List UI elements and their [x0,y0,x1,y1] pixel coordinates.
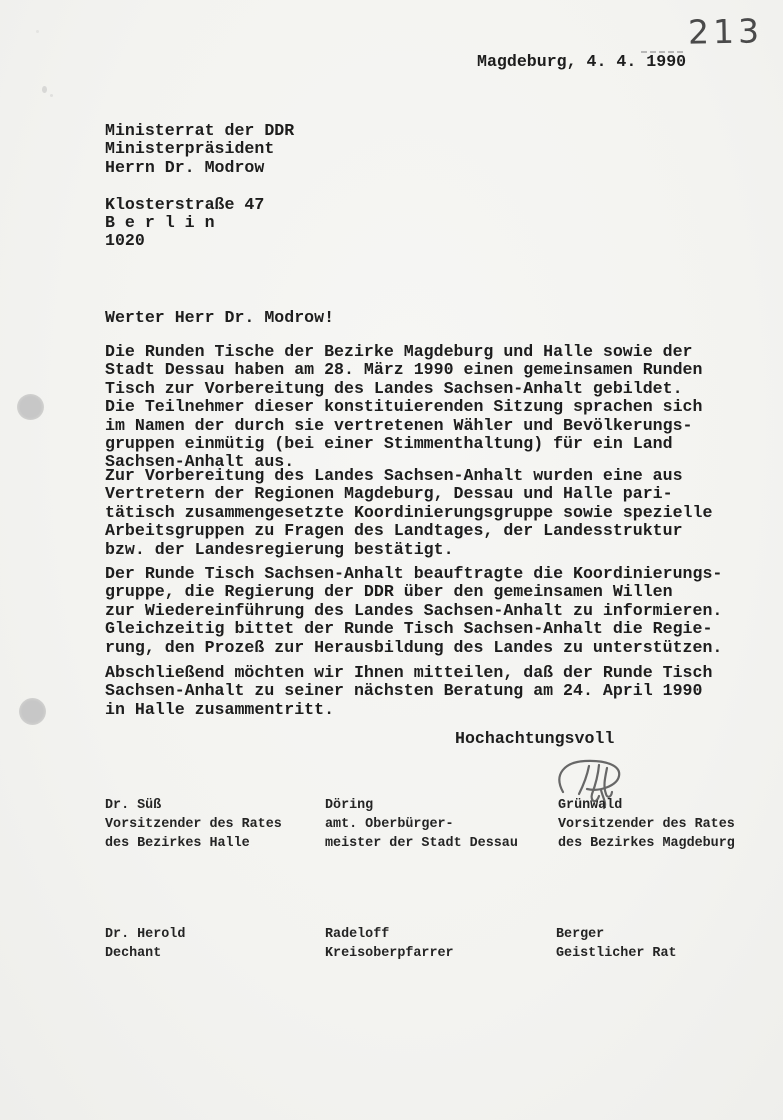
signature-block-herold: Dr. Herold Dechant [105,926,185,964]
signature-name: Radeloff [325,926,454,945]
signature-title: Dechant [105,945,185,964]
scan-speck [36,30,39,33]
body-paragraph-2: Zur Vorbereitung des Landes Sachsen-Anha… [105,467,712,559]
page-number-handwritten: 213 [688,11,764,51]
body-paragraph-1: Die Runden Tische der Bezirke Magdeburg … [105,343,702,472]
signature-block-radeloff: Radeloff Kreisoberpfarrer [325,926,454,964]
date-line: Magdeburg, 4. 4. 1990 [477,53,686,71]
signature-title: Kreisoberpfarrer [325,945,454,964]
punch-hole-bottom [19,698,46,725]
signature-title: Geistlicher Rat [556,945,677,964]
signature-name: Grünwald [558,797,735,816]
signature-name: Dr. Süß [105,797,282,816]
salutation: Werter Herr Dr. Modrow! [105,309,334,327]
signature-block-magdeburg: Grünwald Vorsitzender des Rates des Bezi… [558,797,735,853]
signature-title: Vorsitzender des Rates des Bezirkes Magd… [558,816,735,854]
body-paragraph-4: Abschließend möchten wir Ihnen mitteilen… [105,664,712,719]
signature-name: Dr. Herold [105,926,185,945]
signature-name: Berger [556,926,677,945]
scan-speck [50,94,53,97]
signature-block-berger: Berger Geistlicher Rat [556,926,677,964]
signature-title: Vorsitzender des Rates des Bezirkes Hall… [105,816,282,854]
recipient-address: Ministerrat der DDR Ministerpräsident He… [105,122,294,251]
signature-title: amt. Oberbürger- meister der Stadt Dessa… [325,816,518,854]
signature-name: Döring [325,797,518,816]
signature-block-halle: Dr. Süß Vorsitzender des Rates des Bezir… [105,797,282,853]
punch-hole-top [17,394,44,420]
body-paragraph-3: Der Runde Tisch Sachsen-Anhalt beauftrag… [105,565,722,657]
letter-page: 213 Magdeburg, 4. 4. 1990 Ministerrat de… [0,0,783,1120]
scan-speck [42,86,47,93]
closing-valediction: Hochachtungsvoll [455,730,614,748]
signature-block-dessau: Döring amt. Oberbürger- meister der Stad… [325,797,518,853]
